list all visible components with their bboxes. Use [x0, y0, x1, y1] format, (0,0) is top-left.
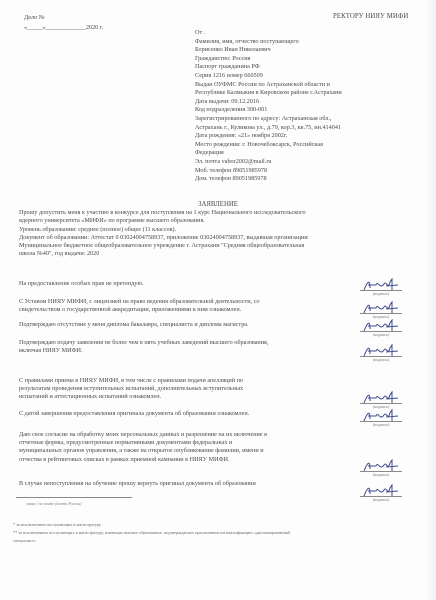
- applicant-line: Паспорт гражданина РФ: [195, 63, 342, 72]
- applicant-line: Место рождения: г. Новочебоксарск, Росси…: [195, 141, 342, 150]
- applicant-home-phone: Дом. телефон 89051985978: [195, 175, 342, 184]
- statement-personal-data-consent: Даю свое согласие на обработку моих перс…: [19, 431, 349, 464]
- intro-line: Уровень образования: среднее (полное) об…: [19, 226, 399, 234]
- applicant-mobile: Моб. телефон 89051985978: [195, 167, 342, 176]
- statement-line: свидетельством о государственной аккреди…: [19, 306, 349, 314]
- statement-line: Подтверждаю подачу заявления не более че…: [19, 339, 339, 347]
- statement-line: На предоставление особых прав не претенд…: [19, 280, 339, 288]
- statement-five-institutions: Подтверждаю подачу заявления не более че…: [19, 339, 339, 355]
- signature-block: (подпись): [360, 484, 402, 504]
- applicant-line: Зарегистрированного по адресу: Астраханс…: [195, 115, 342, 124]
- statement-line: С Уставом НИЯУ МИФИ, с лицензией на прав…: [19, 298, 349, 306]
- applicant-line: Код подразделения 300-001: [195, 106, 342, 115]
- statement-line: испытаний и аттестационных испытаний озн…: [19, 393, 339, 401]
- application-page: Дело № «_____»_____________2020 г. РЕКТО…: [0, 0, 436, 600]
- signature-caption: (подпись): [360, 422, 402, 427]
- statement-line: В случае непоступления на обучение прошу…: [19, 480, 339, 488]
- statement-line: С датой завершения предоставления оригин…: [19, 410, 339, 418]
- statement-line: отчества в рейтинговых списках в рамках …: [19, 456, 349, 464]
- applicant-line: Астрахань г., Куликова ул., д.79, кор.3,…: [195, 124, 342, 133]
- case-date-line: «_____»_____________2020 г.: [24, 24, 103, 32]
- applicant-line: Дата рождения: «21» ноября 2002г.: [195, 132, 342, 141]
- footnote-1: * за исключением поступающих в магистрат…: [13, 522, 101, 527]
- statement-charter: С Уставом НИЯУ МИФИ, с лицензией на прав…: [19, 298, 349, 314]
- applicant-line: Гражданство: Россия: [195, 55, 342, 64]
- applicant-line: Фамилия, имя, отчество поступающего: [195, 38, 342, 47]
- applicant-email: Эл. почта vabor2002@mail.ru: [195, 158, 342, 167]
- applicant-line: Выдан ОУФМС России по Астраханской облас…: [195, 81, 342, 90]
- intro-line: школа №40", год выдачи: 2020: [19, 250, 399, 258]
- signature-block: (подпись): [360, 459, 402, 479]
- signature-block: (подпись): [360, 391, 402, 411]
- intro-line: Прошу допустить меня к участию в конкурс…: [19, 209, 399, 217]
- signature-block: (подпись): [360, 278, 402, 298]
- statement-return-document: В случае непоступления на обучение прошу…: [19, 480, 339, 488]
- signature-caption: (подпись): [360, 472, 402, 477]
- signature-block: (подпись): [360, 319, 402, 339]
- signature-block: (подпись): [360, 409, 402, 429]
- applicant-line: От .: [195, 29, 342, 38]
- signature-caption: (подпись): [360, 291, 402, 296]
- applicant-line: Республике Калмыкия в Кировском районе г…: [195, 89, 342, 98]
- case-number-label: Дело №: [24, 14, 45, 22]
- intro-line: ядерного университета «МИФИ» по программ…: [19, 217, 399, 225]
- statement-no-diploma: Подтверждаю отсутствие у меня диплома ба…: [19, 321, 339, 329]
- statement-line: муниципальных органов управления, а такж…: [19, 447, 349, 455]
- statement-line: Даю свое согласие на обработку моих перс…: [19, 431, 349, 439]
- intro-line: Документ об образовании: Аттестат 0 0302…: [19, 234, 399, 242]
- signature-caption: (подпись): [360, 357, 402, 362]
- statement-line: отчетные формы, предусмотренные норматив…: [19, 439, 349, 447]
- statement-no-special-rights: На предоставление особых прав не претенд…: [19, 280, 339, 288]
- scan-edge-shadow: [426, 0, 436, 600]
- signature-caption: (подпись): [360, 497, 402, 502]
- footnote-2-continued: специалист»: [13, 538, 36, 543]
- applicant-line: Дата выдачи: 09.12.2016: [195, 98, 342, 107]
- return-method-field: [16, 497, 132, 498]
- statement-line: С правилами приема в НИЯУ МИФИ, в том чи…: [19, 377, 339, 385]
- signature-caption: (подпись): [360, 332, 402, 337]
- statement-line: Подтверждаю отсутствие у меня диплома ба…: [19, 321, 339, 329]
- document-title: ЗАЯВЛЕНИЕ: [0, 201, 436, 208]
- statement-line: включая НИЯУ МИФИ.: [19, 347, 339, 355]
- applicant-line: Федерация: [195, 149, 342, 158]
- application-intro: Прошу допустить меня к участию в конкурс…: [19, 209, 399, 259]
- applicant-details: От . Фамилия, имя, отчество поступающего…: [195, 29, 342, 184]
- footnote-2: ** за исключением поступающих в магистра…: [13, 530, 290, 535]
- statement-original-deadline: С датой завершения предоставления оригин…: [19, 410, 339, 418]
- statement-line: результатам проведения вступительных исп…: [19, 385, 339, 393]
- intro-line: Муниципальное бюджетное общеобразователь…: [19, 242, 399, 250]
- signature-block: (подпись): [360, 344, 402, 364]
- statement-admission-rules: С правилами приема в НИЯУ МИФИ, в том чи…: [19, 377, 339, 402]
- addressee: РЕКТОРУ НИЯУ МИФИ: [333, 13, 408, 20]
- applicant-name: Борисенко Иван Николаевич: [195, 46, 342, 55]
- signature-block: (подпись): [360, 301, 402, 321]
- applicant-line: Серия 1216 номер 660509: [195, 72, 342, 81]
- return-method-caption: лично / по почте (почта России): [26, 501, 81, 506]
